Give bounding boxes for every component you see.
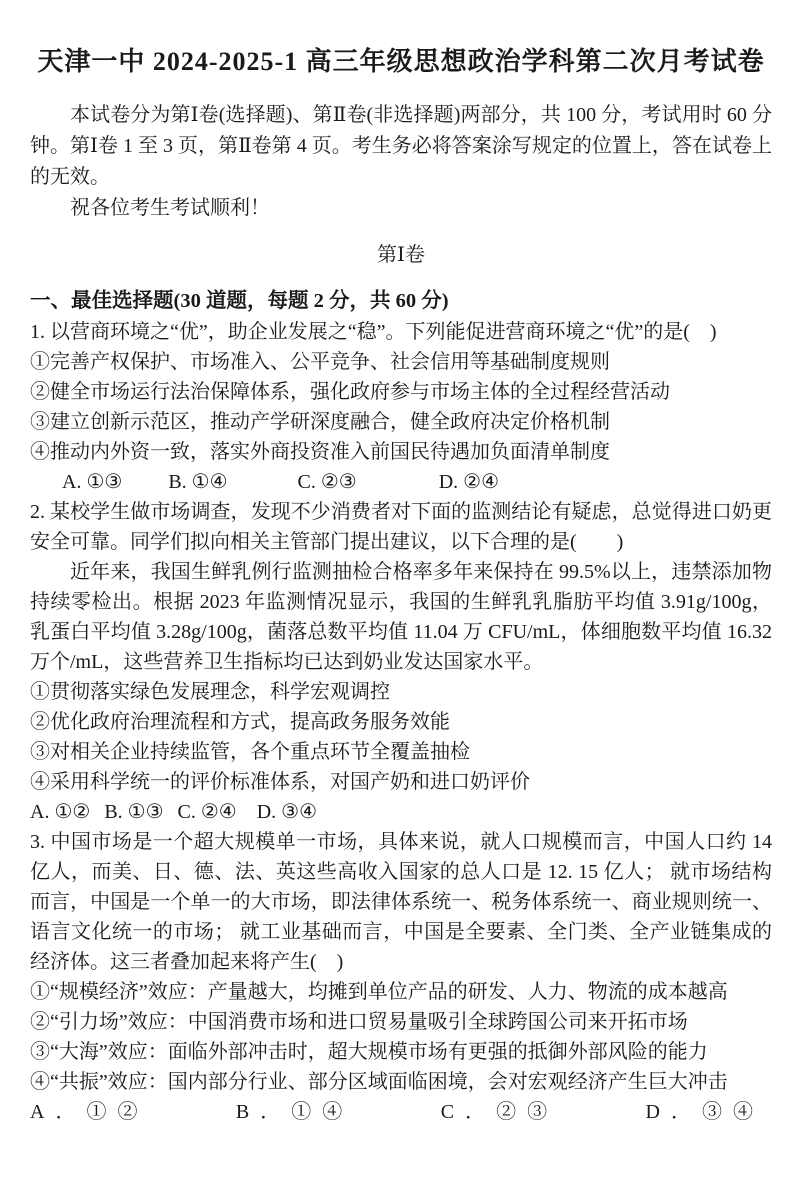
question-1-choice-c: C. ②③ [298,471,357,493]
question-1: 1. 以营商环境之“优”，助企业发展之“稳”。下列能促进营商环境之“优”的是( … [30,317,772,497]
question-3-choice-d: D．③④ [646,1097,764,1127]
question-3-option-3: ③“大海”效应：面临外部冲击时，超大规模市场有更强的抵御外部风险的能力 [30,1037,772,1067]
question-2-material: 近年来，我国生鲜乳例行监测抽检合格率多年来保持在 99.5%以上，违禁添加物持续… [30,557,772,677]
question-1-choice-a: A. ①③ [62,471,122,493]
question-2-choice-b: B. ①③ [104,801,163,823]
question-1-option-2: ②健全市场运行法治保障体系，强化政府参与市场主体的全过程经营活动 [30,377,772,407]
page-title: 天津一中 2024-2025-1 高三年级思想政治学科第二次月考试卷 [30,44,772,80]
question-1-choice-b: B. ①④ [168,471,227,493]
question-3: 3. 中国市场是一个超大规模单一市场，具体来说，就人口规模而言，中国人口约 14… [30,827,772,1127]
question-2-option-4: ④采用科学统一的评价标准体系，对国产奶和进口奶评价 [30,767,772,797]
question-2-stem: 2. 某校学生做市场调查，发现不少消费者对下面的监测结论有疑虑，总觉得进口奶更安… [30,497,772,557]
question-2-choice-a: A. ①② [30,801,90,823]
question-2-choice-d: D. ③④ [257,801,317,823]
exam-instructions: 本试卷分为第Ⅰ卷(选择题)、第Ⅱ卷(非选择题)两部分，共 100 分，考试用时 … [30,100,772,193]
question-2-choices: A. ①②B. ①③C. ②④D. ③④ [30,797,772,827]
question-3-option-4: ④“共振”效应：国内部分行业、部分区域面临困境，会对宏观经济产生巨大冲击 [30,1067,772,1097]
question-1-option-4: ④推动内外资一致，落实外商投资准入前国民待遇加负面清单制度 [30,437,772,467]
question-1-stem: 1. 以营商环境之“优”，助企业发展之“稳”。下列能促进营商环境之“优”的是( … [30,317,772,347]
exam-greeting: 祝各位考生考试顺利！ [30,193,772,224]
question-3-option-1: ①“规模经济”效应：产量越大，均摊到单位产品的研发、人力、物流的成本越高 [30,977,772,1007]
question-1-option-1: ①完善产权保护、市场准入、公平竞争、社会信用等基础制度规则 [30,347,772,377]
question-3-stem: 3. 中国市场是一个超大规模单一市场，具体来说，就人口规模而言，中国人口约 14… [30,827,772,977]
exam-paper-page: 天津一中 2024-2025-1 高三年级思想政治学科第二次月考试卷 本试卷分为… [0,0,800,1182]
question-1-choices: A. ①③B. ①④C. ②③D. ②④ [30,467,772,497]
question-3-choice-a: A．①② [30,1097,148,1127]
question-3-choices: A．①②B．①④C．②③D．③④ [30,1097,772,1127]
question-2-option-3: ③对相关企业持续监管，各个重点环节全覆盖抽检 [30,737,772,767]
section-heading: 一、最佳选择题(30 道题，每题 2 分，共 60 分) [30,286,772,317]
question-3-choice-c: C．②③ [441,1097,558,1127]
question-3-option-2: ②“引力场”效应：中国消费市场和进口贸易量吸引全球跨国公司来开拓市场 [30,1007,772,1037]
part-one-heading: 第Ⅰ卷 [30,240,772,270]
question-2: 2. 某校学生做市场调查，发现不少消费者对下面的监测结论有疑虑，总觉得进口奶更安… [30,497,772,827]
question-2-option-2: ②优化政府治理流程和方式，提高政务服务效能 [30,707,772,737]
question-2-choice-c: C. ②④ [178,801,237,823]
question-1-option-3: ③建立创新示范区，推动产学研深度融合，健全政府决定价格机制 [30,407,772,437]
question-2-option-1: ①贯彻落实绿色发展理念，科学宏观调控 [30,677,772,707]
question-3-choice-b: B．①④ [236,1097,353,1127]
question-1-choice-d: D. ②④ [439,471,499,493]
